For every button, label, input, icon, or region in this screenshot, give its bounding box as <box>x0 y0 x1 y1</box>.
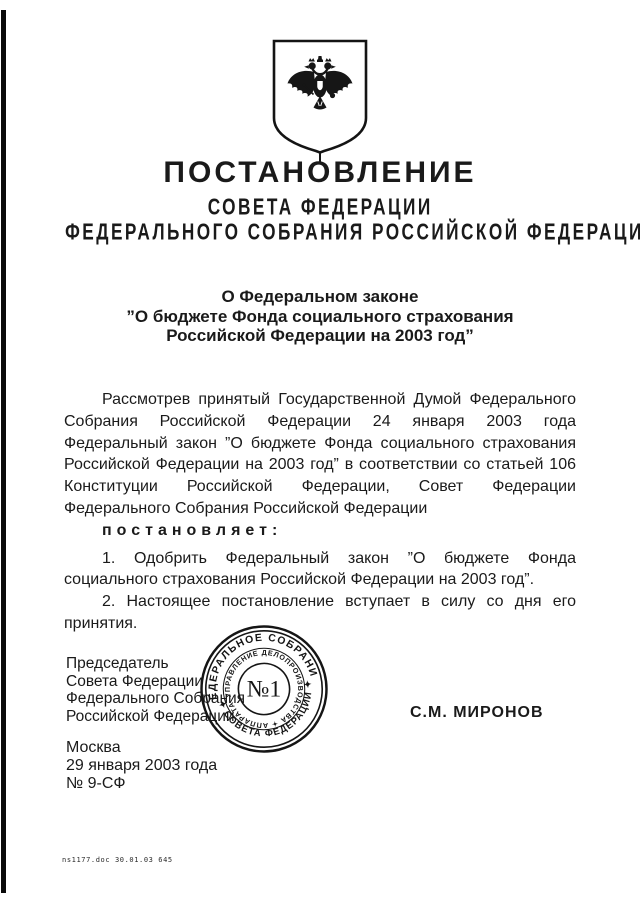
document-body: Рассмотрев принятый Государственной Думо… <box>64 389 576 635</box>
document-title: ПОСТАНОВЛЕНИЕ <box>0 156 640 190</box>
signer-name: С.М. МИРОНОВ <box>410 704 544 722</box>
coat-of-arms-eagle-icon <box>268 38 372 164</box>
org-name-line2: ФЕДЕРАЛЬНОГО СОБРАНИЯ РОССИЙСКОЙ ФЕДЕРАЦ… <box>0 221 640 245</box>
body-paragraph-1: Рассмотрев принятый Государственной Думо… <box>64 389 576 520</box>
org-name-line1-text: СОВЕТА ФЕДЕРАЦИИ <box>207 195 432 221</box>
body-resolve-word: постановляет: <box>64 520 576 542</box>
issue-place: Москва <box>66 739 217 757</box>
stamp-center-number: №1 <box>247 677 281 703</box>
org-name-line1: СОВЕТА ФЕДЕРАЦИИ <box>0 196 640 220</box>
document-page: ПОСТАНОВЛЕНИЕ СОВЕТА ФЕДЕРАЦИИ ФЕДЕРАЛЬН… <box>0 0 640 900</box>
document-subject: О Федеральном законе ”О бюджете Фонда со… <box>0 287 640 346</box>
scan-edge-artifact <box>1 10 6 893</box>
issue-block: Москва 29 января 2003 года № 9-СФ <box>66 739 217 793</box>
subject-line1: О Федеральном законе <box>0 287 640 307</box>
subject-line3: Российской Федерации на 2003 год” <box>0 326 640 346</box>
org-name-line2-text: ФЕДЕРАЛЬНОГО СОБРАНИЯ РОССИЙСКОЙ ФЕДЕРАЦ… <box>65 220 640 246</box>
file-annotation: ns1177.doc 30.01.03 645 <box>62 856 173 864</box>
issue-number: № 9-СФ <box>66 775 217 793</box>
issue-date: 29 января 2003 года <box>66 757 217 775</box>
body-item-1: 1. Одобрить Федеральный закон ”О бюджете… <box>64 548 576 592</box>
subject-line2: ”О бюджете Фонда социального страхования <box>0 307 640 327</box>
